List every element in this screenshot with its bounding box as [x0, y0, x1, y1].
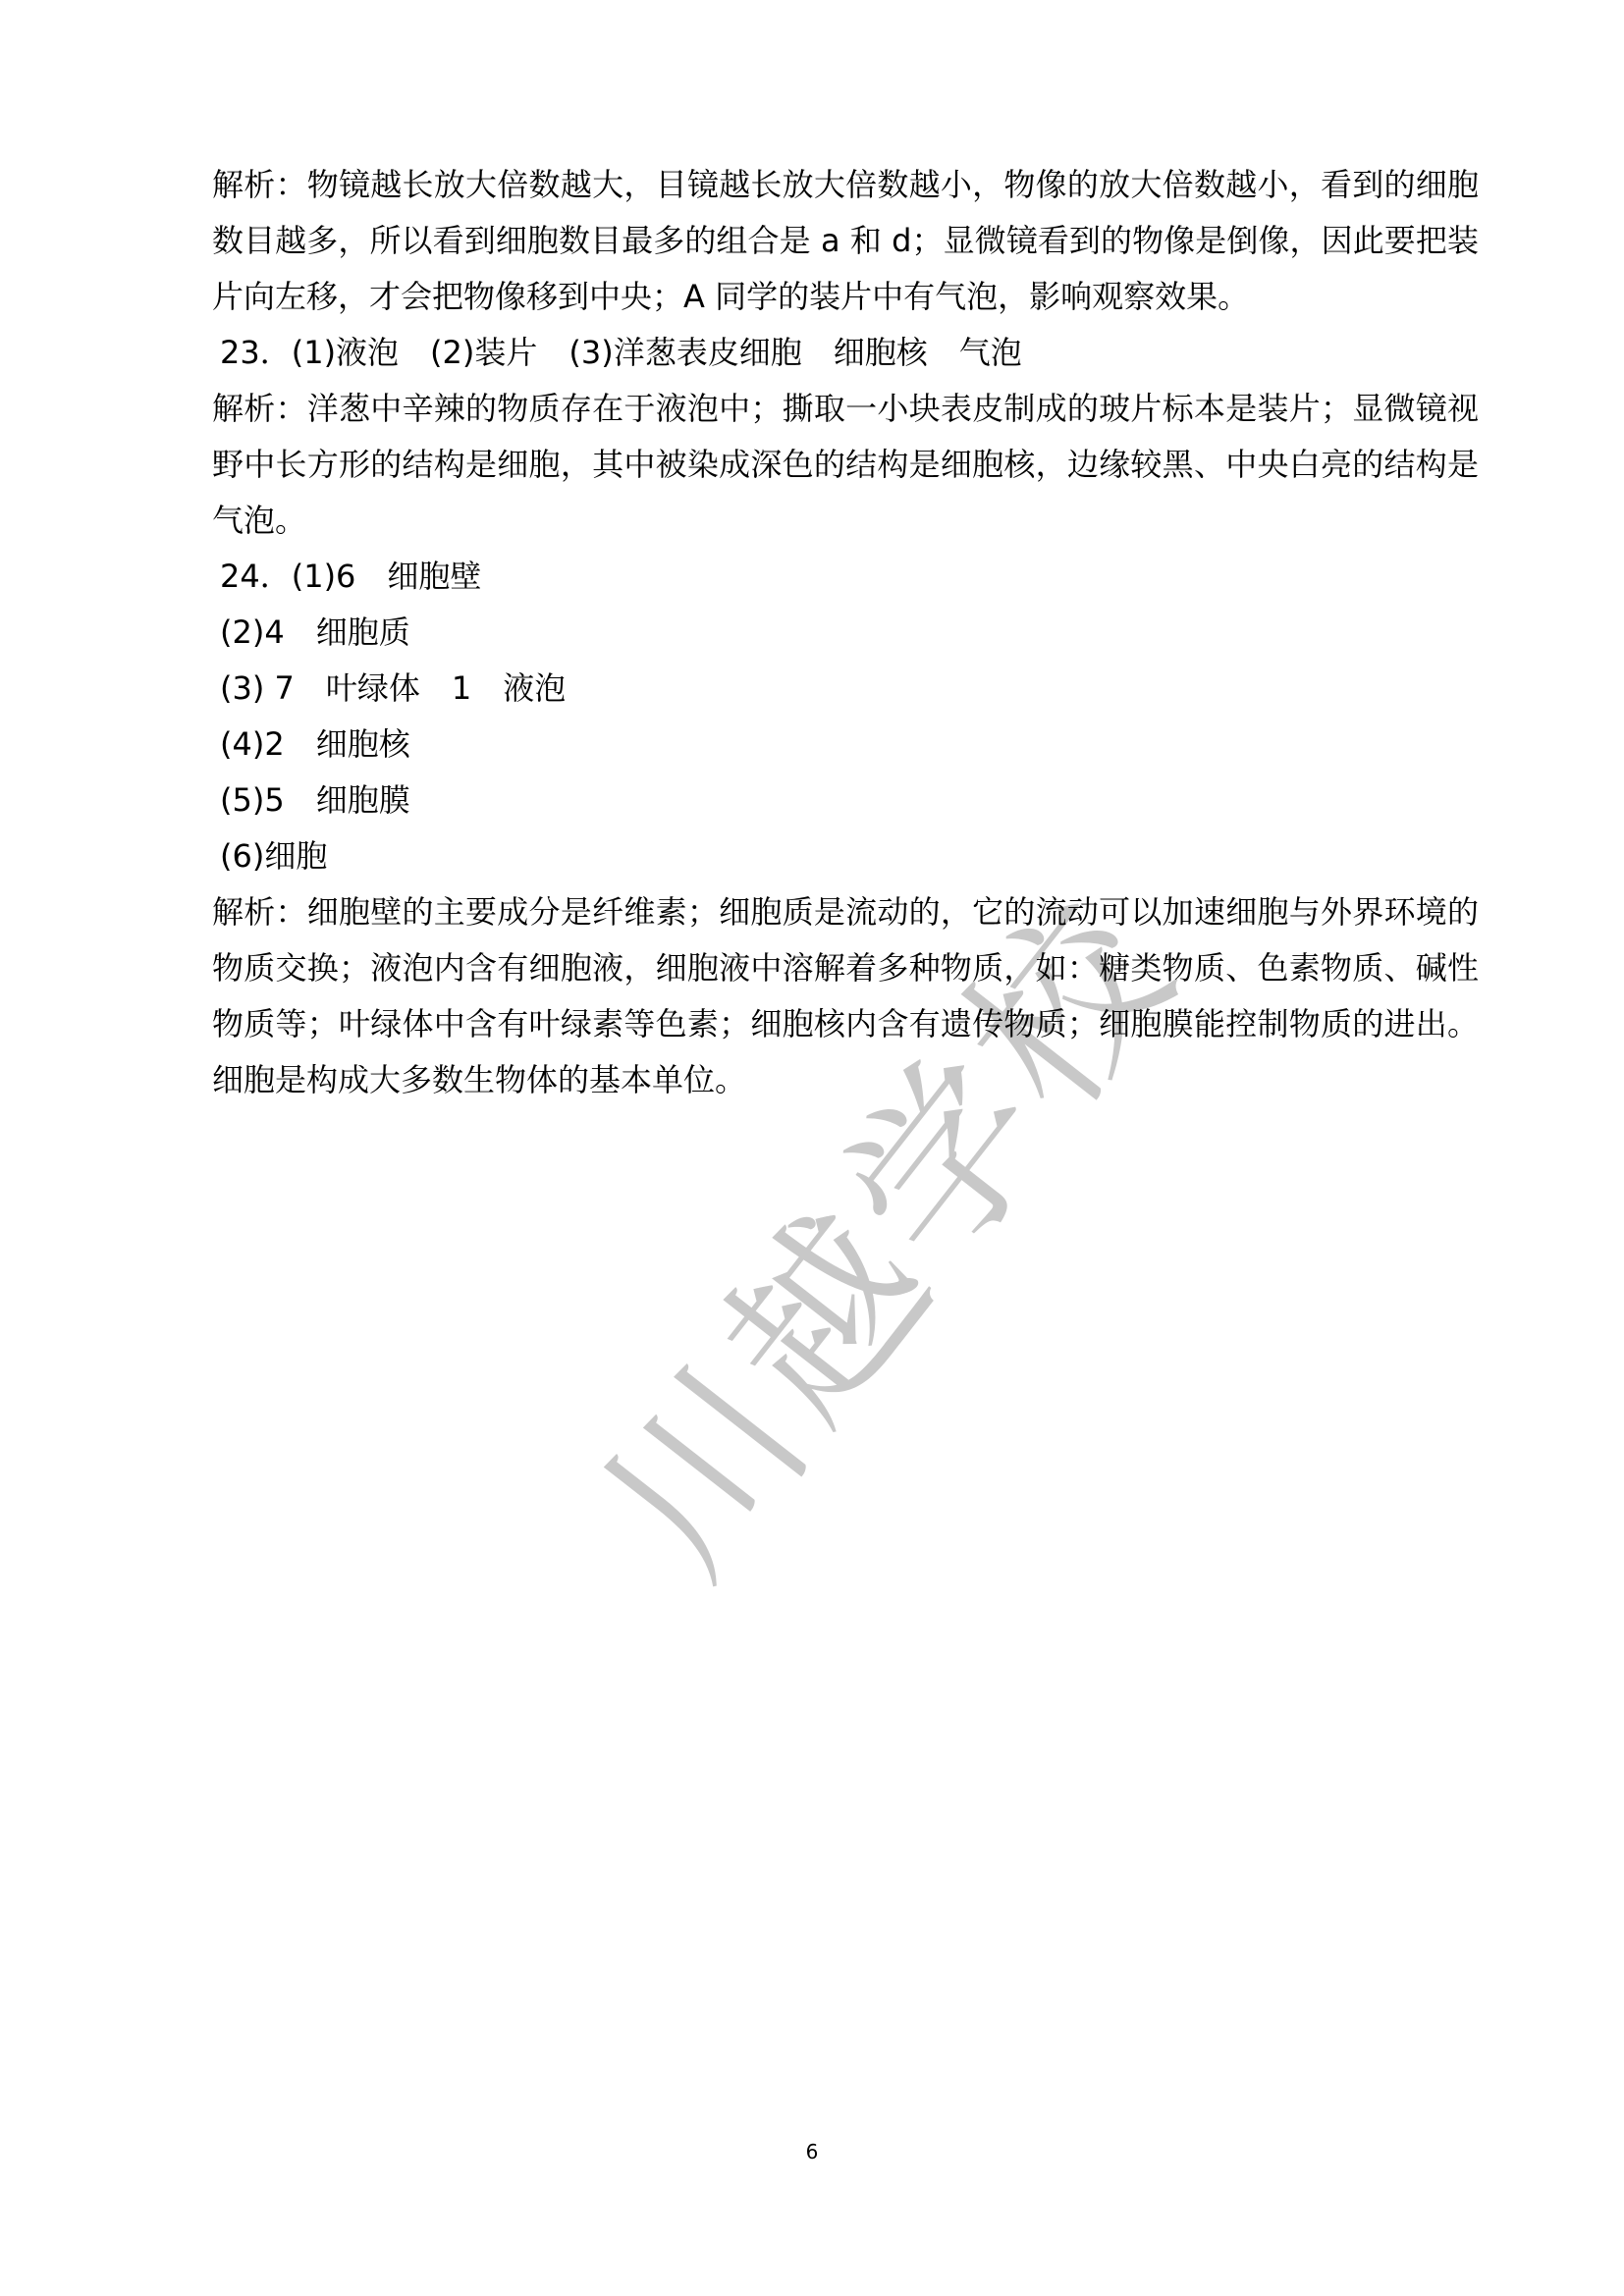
analysis-q23: 解析：洋葱中辛辣的物质存在于液泡中；撕取一小块表皮制成的玻片标本是装片；显微镜视… [212, 381, 1479, 549]
answer-q23: 23．(1)液泡 (2)装片 (3)洋葱表皮细胞 细胞核 气泡 [212, 325, 1479, 381]
answer-q24-6: (6)细胞 [212, 828, 1479, 884]
answer-q24-3: (3) 7 叶绿体 1 液泡 [212, 661, 1479, 717]
analysis-q22: 解析：物镜越长放大倍数越大，目镜越长放大倍数越小，物像的放大倍数越小，看到的细胞… [212, 157, 1479, 325]
document-body: 解析：物镜越长放大倍数越大，目镜越长放大倍数越小，物像的放大倍数越小，看到的细胞… [212, 157, 1479, 1108]
analysis-q24: 解析：细胞壁的主要成分是纤维素；细胞质是流动的，它的流动可以加速细胞与外界环境的… [212, 884, 1479, 1108]
answer-q24-4: (4)2 细胞核 [212, 717, 1479, 773]
answer-q24-5: (5)5 细胞膜 [212, 773, 1479, 828]
page-number: 6 [0, 2140, 1624, 2163]
answer-q24-2: (2)4 细胞质 [212, 605, 1479, 661]
answer-q24-1: 24．(1)6 细胞壁 [212, 549, 1479, 605]
